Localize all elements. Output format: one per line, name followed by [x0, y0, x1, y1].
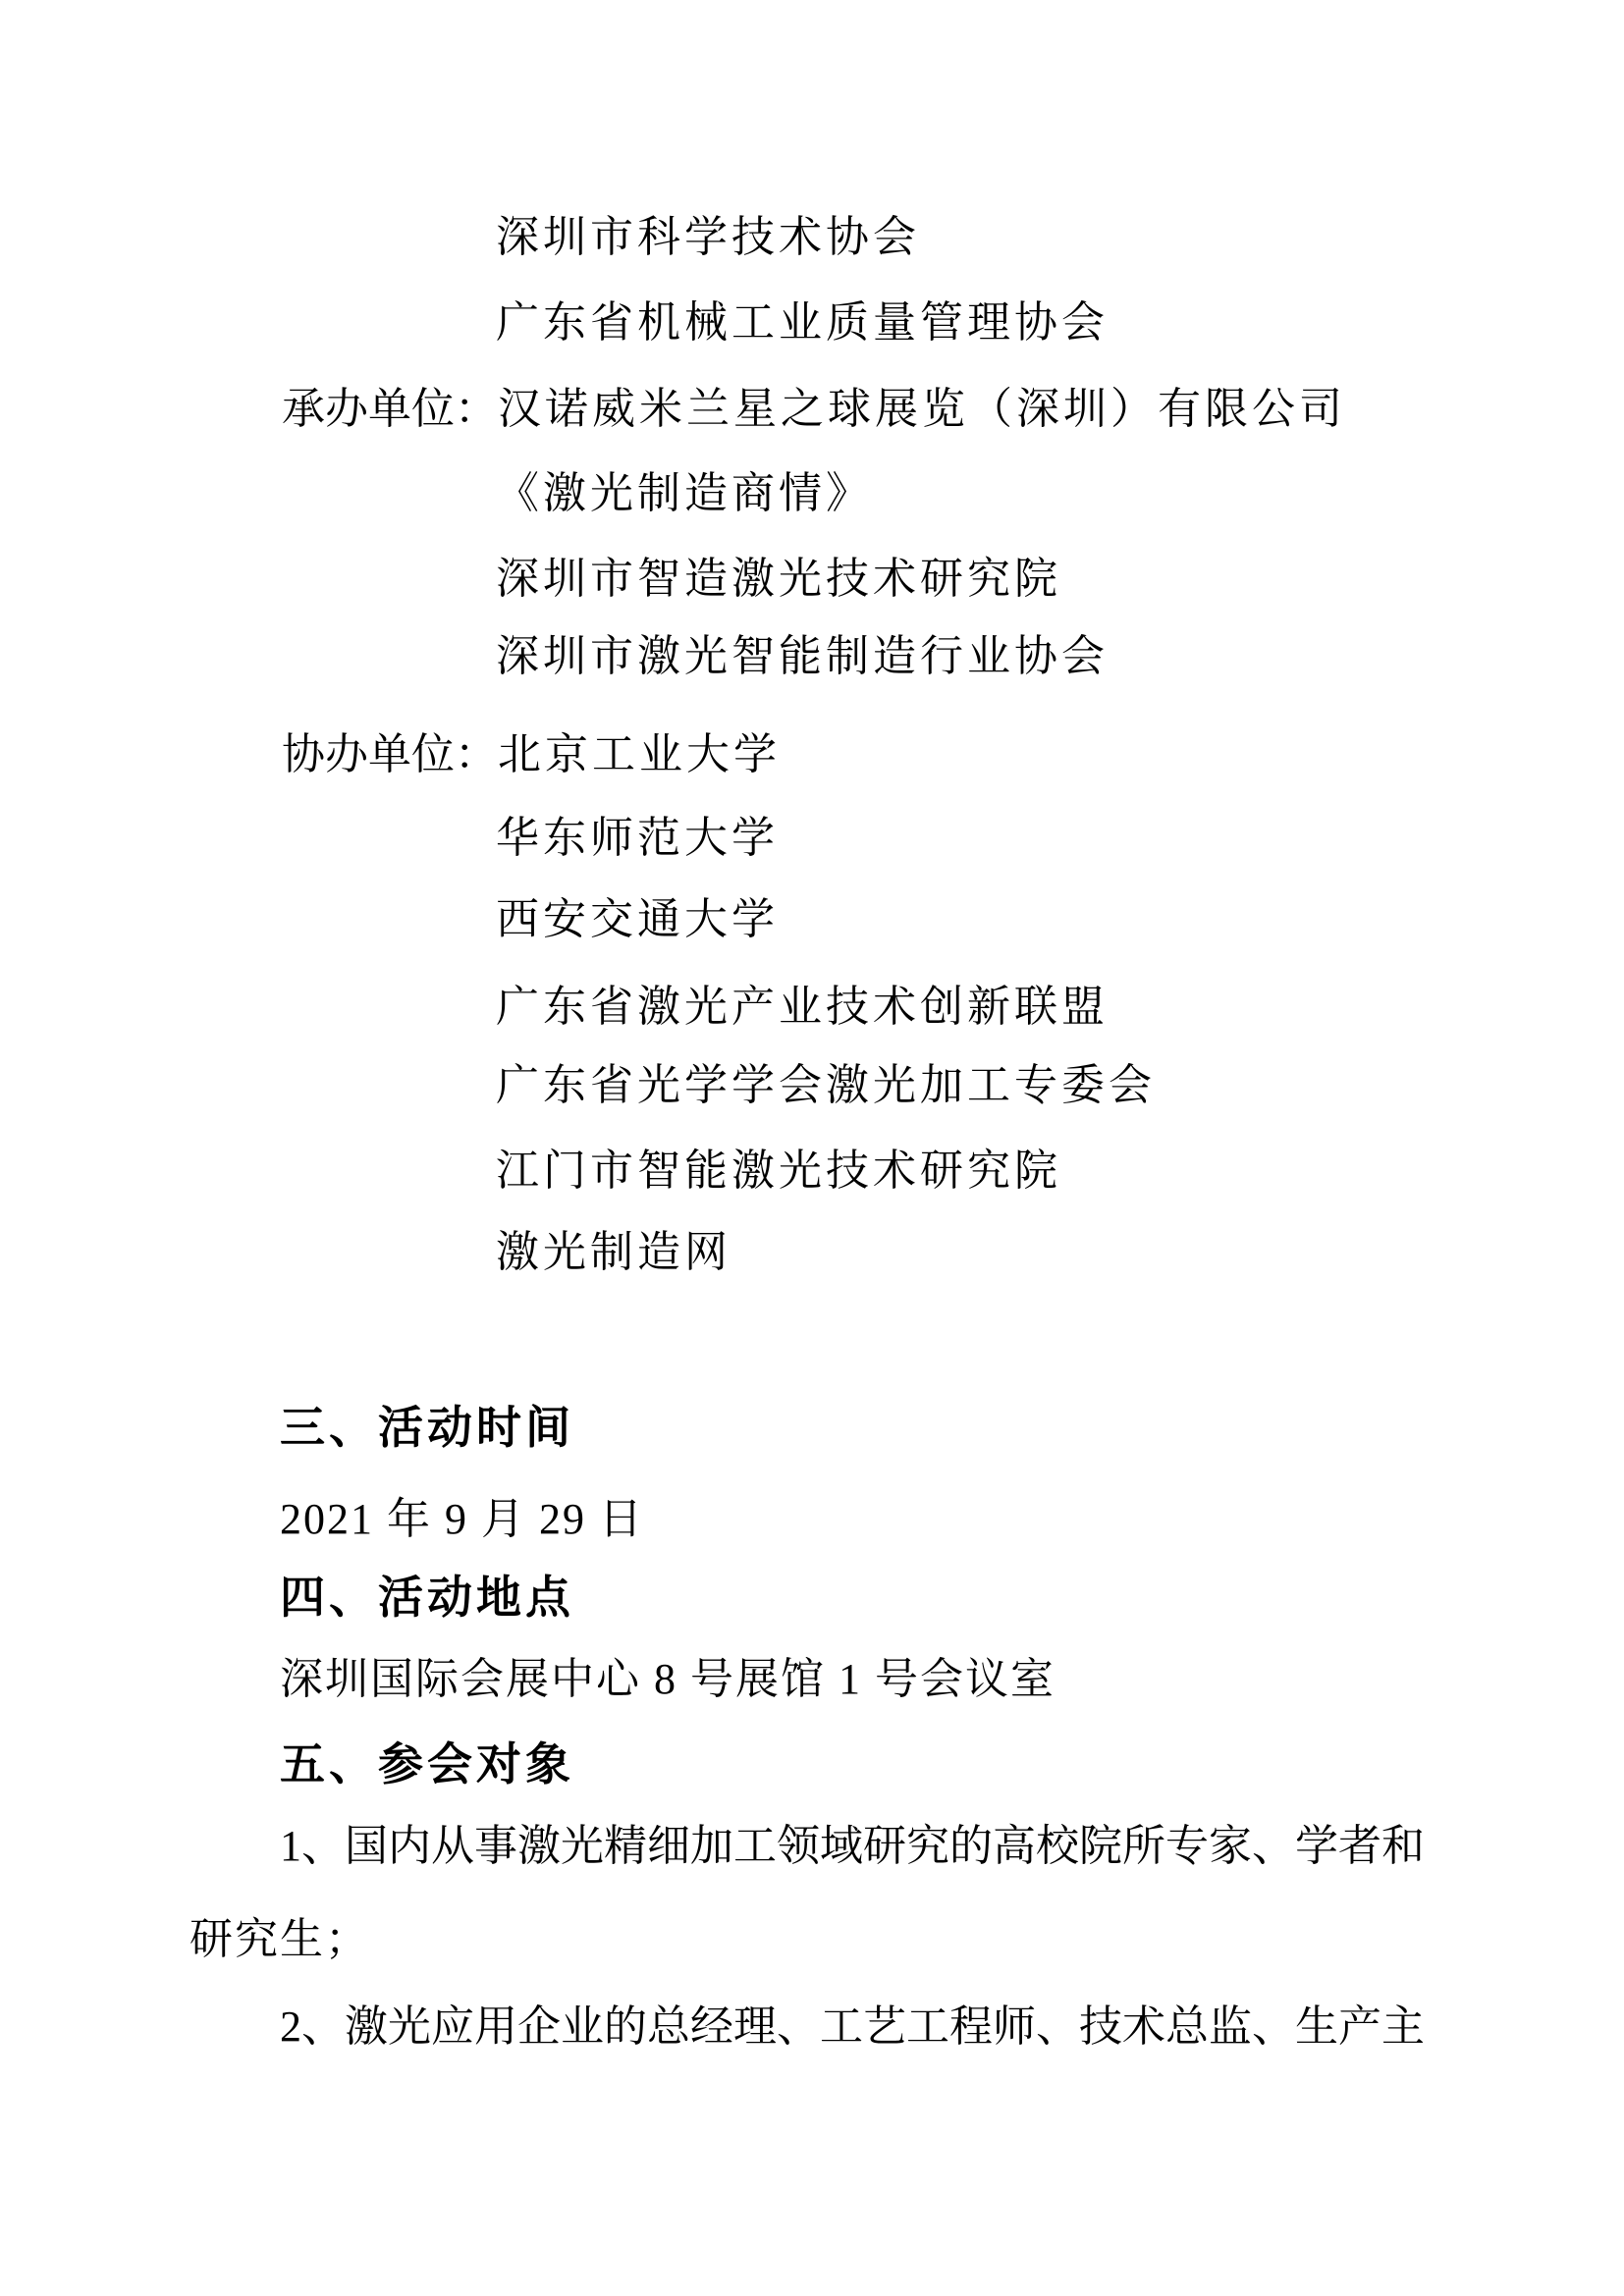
section-venue-heading: 四、活动地点 [280, 1573, 574, 1622]
coorganizer-label: 协办单位： [282, 730, 498, 778]
event-date: 2021 年 9 月 29 日 [280, 1496, 644, 1543]
coorganizer-org-4: 广东省激光产业技术创新联盟 [496, 984, 1109, 1031]
coorganizer-org-3: 西安交通大学 [496, 896, 779, 943]
section-attendees-heading: 五、参会对象 [280, 1739, 574, 1789]
undertaker-org-4: 深圳市激光智能制造行业协会 [496, 633, 1109, 680]
coorganizer-org-1: 北京工业大学 [498, 730, 781, 778]
host-org-line-2: 广东省机械工业质量管理协会 [496, 299, 1109, 347]
attendee-item-2-line-1: 2、激光应用企业的总经理、工艺工程师、技术总监、生产主 [280, 2003, 1425, 2051]
coorganizer-org-2: 华东师范大学 [496, 815, 779, 862]
event-venue: 深圳国际会展中心 8 号展馆 1 号会议室 [280, 1656, 1056, 1703]
section-time-heading: 三、活动时间 [280, 1403, 574, 1452]
undertaker-org-3: 深圳市智造激光技术研究院 [496, 556, 1061, 603]
undertaker-label: 承办单位： [282, 385, 498, 433]
undertaker-row: 承办单位：汉诺威米兰星之球展览（深圳）有限公司 [282, 386, 1346, 433]
coorganizer-org-6: 江门市智能激光技术研究院 [496, 1148, 1061, 1195]
coorganizer-org-5: 广东省光学学会激光加工专委会 [496, 1062, 1156, 1109]
host-org-line-1: 深圳市科学技术协会 [496, 214, 920, 261]
document-page: 深圳市科学技术协会 广东省机械工业质量管理协会 承办单位：汉诺威米兰星之球展览（… [0, 0, 1624, 2296]
attendee-item-1-line-1: 1、国内从事激光精细加工领域研究的高校院所专家、学者和 [280, 1823, 1425, 1870]
coorganizer-row: 协办单位：北京工业大学 [282, 731, 781, 778]
coorganizer-org-7: 激光制造网 [496, 1229, 731, 1276]
undertaker-org-1: 汉诺威米兰星之球展览（深圳）有限公司 [498, 385, 1346, 433]
attendee-item-1-line-2: 研究生； [189, 1916, 370, 1963]
undertaker-org-2: 《激光制造商情》 [496, 470, 873, 517]
